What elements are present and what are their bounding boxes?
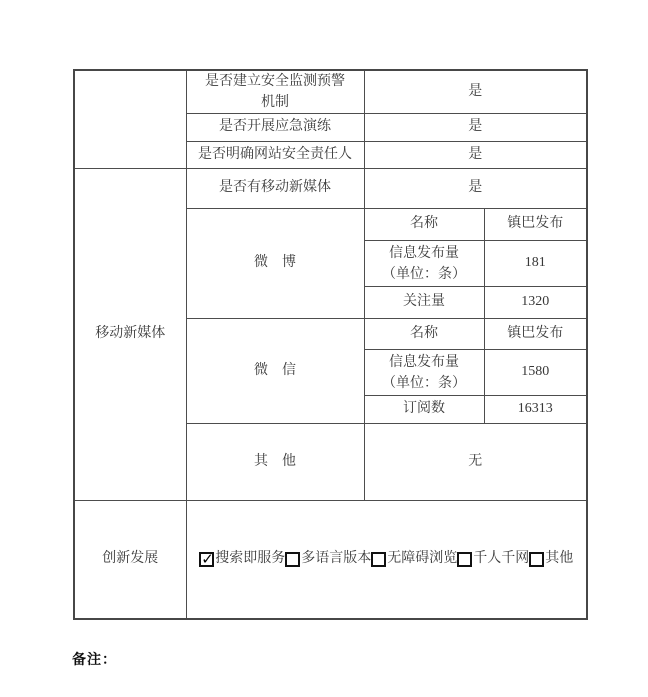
security-monitoring-label-line1: 是否建立安全监测预警 [189, 71, 362, 92]
security-monitoring-label-line2: 机制 [189, 92, 362, 113]
weibo-name-label: 名称 [364, 209, 484, 241]
innovation-options: 搜索即服务 多语言版本 无障碍浏览 千人千网 [189, 549, 585, 569]
table-row: 移动新媒体 是否有移动新媒体 是 [74, 169, 587, 209]
emergency-drill-value: 是 [364, 114, 587, 142]
checkbox-other-icon [529, 552, 544, 567]
checkbox-personalization-icon [457, 552, 472, 567]
wechat-posts-label-line1: 信息发布量 [367, 352, 482, 373]
security-section-cell [74, 70, 186, 169]
option-personalization: 千人千网 [457, 549, 529, 569]
option-accessibility-label: 无障碍浏览 [387, 549, 457, 569]
wechat-name-label: 名称 [364, 319, 484, 350]
other-media-label: 其 他 [186, 424, 364, 501]
option-multilanguage: 多语言版本 [285, 549, 371, 569]
wechat-posts-label-line2: （单位：条） [367, 373, 482, 394]
wechat-posts-label: 信息发布量 （单位：条） [364, 350, 484, 396]
wechat-posts-value: 1580 [484, 350, 587, 396]
weibo-posts-label-line2: （单位：条） [367, 264, 482, 285]
wechat-label: 微 信 [186, 319, 364, 424]
checkbox-search-as-service-icon [199, 552, 214, 567]
has-mobile-media-value: 是 [364, 169, 587, 209]
security-monitoring-label: 是否建立安全监测预警 机制 [186, 70, 364, 114]
emergency-drill-label: 是否开展应急演练 [186, 114, 364, 142]
option-search-as-service: 搜索即服务 [199, 549, 285, 569]
security-owner-value: 是 [364, 142, 587, 169]
option-accessibility: 无障碍浏览 [371, 549, 457, 569]
innovation-section-label: 创新发展 [74, 501, 186, 619]
security-monitoring-value: 是 [364, 70, 587, 114]
table-row: 创新发展 搜索即服务 多语言版本 无障碍浏览 [74, 501, 587, 619]
report-page: 是否建立安全监测预警 机制 是 是否开展应急演练 是 是否明确网站安全责任人 是… [0, 0, 648, 697]
wechat-name-value: 镇巴发布 [484, 319, 587, 350]
option-personalization-label: 千人千网 [473, 549, 529, 569]
innovation-options-cell: 搜索即服务 多语言版本 无障碍浏览 千人千网 [186, 501, 587, 619]
option-search-as-service-label: 搜索即服务 [215, 549, 285, 569]
option-other: 其他 [529, 549, 573, 569]
wechat-subscribers-label: 订阅数 [364, 396, 484, 424]
checkbox-multilanguage-icon [285, 552, 300, 567]
weibo-label: 微 博 [186, 209, 364, 319]
weibo-followers-value: 1320 [484, 287, 587, 319]
mobile-media-section-label: 移动新媒体 [74, 169, 186, 501]
checkbox-accessibility-icon [371, 552, 386, 567]
option-other-label: 其他 [545, 549, 573, 569]
other-media-value: 无 [364, 424, 587, 501]
weibo-name-value: 镇巴发布 [484, 209, 587, 241]
wechat-subscribers-value: 16313 [484, 396, 587, 424]
weibo-posts-value: 181 [484, 241, 587, 287]
table-row: 是否建立安全监测预警 机制 是 [74, 70, 587, 114]
annual-report-table: 是否建立安全监测预警 机制 是 是否开展应急演练 是 是否明确网站安全责任人 是… [73, 69, 588, 620]
security-owner-label: 是否明确网站安全责任人 [186, 142, 364, 169]
has-mobile-media-label: 是否有移动新媒体 [186, 169, 364, 209]
remarks-label: 备注： [72, 649, 117, 669]
weibo-posts-label: 信息发布量 （单位：条） [364, 241, 484, 287]
weibo-posts-label-line1: 信息发布量 [367, 243, 482, 264]
weibo-followers-label: 关注量 [364, 287, 484, 319]
option-multilanguage-label: 多语言版本 [301, 549, 371, 569]
